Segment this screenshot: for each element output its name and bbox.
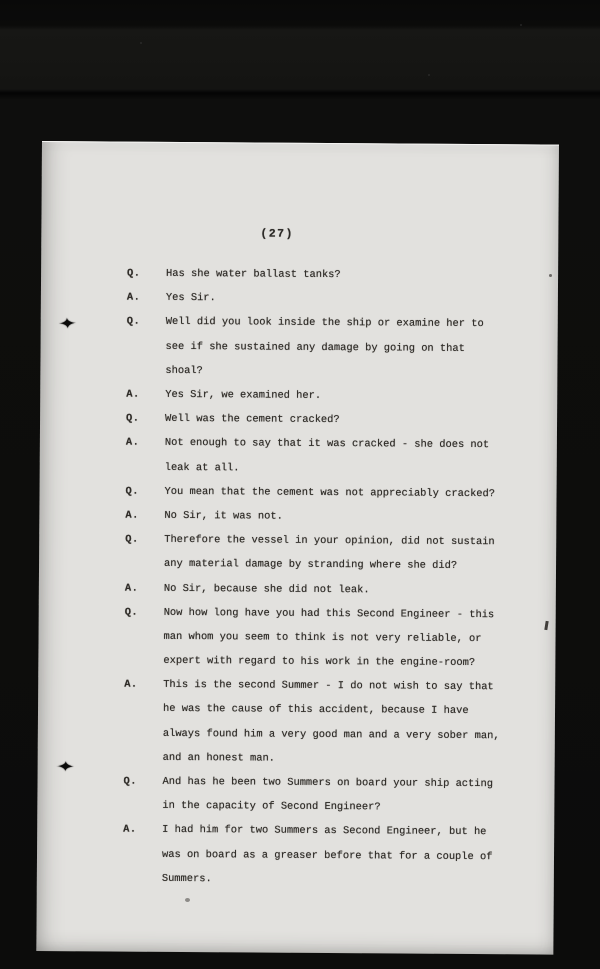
qa-line: see if she sustained any damage by going… xyxy=(165,334,536,361)
qa-text: Therefore the vessel in your opinion, di… xyxy=(164,528,535,579)
qa-text: Well was the cement cracked? xyxy=(165,407,536,434)
film-dust-speck xyxy=(428,74,430,76)
qa-entry: Q.Has she water ballast tanks? xyxy=(127,262,537,289)
qa-marker: Q. xyxy=(127,310,166,334)
qa-line: Well was the cement cracked? xyxy=(165,407,536,434)
paper-speck xyxy=(185,898,190,902)
qa-entry: Q.Now how long have you had this Second … xyxy=(124,600,534,675)
qa-line: Summers. xyxy=(162,867,533,894)
qa-marker: Q. xyxy=(123,770,162,794)
film-dust-speck xyxy=(140,42,142,44)
qa-entry: A.No Sir, it was not. xyxy=(125,504,535,531)
registration-star-mark-bottom: ✦ xyxy=(55,759,77,775)
qa-marker: Q. xyxy=(125,528,164,552)
qa-text: You mean that the cement was not appreci… xyxy=(164,480,535,507)
page-number: (27) xyxy=(260,228,294,241)
qa-entry: A.This is the second Summer - I do not w… xyxy=(124,673,535,773)
qa-line: Yes Sir. xyxy=(166,286,537,313)
qa-line: Not enough to say that it was cracked - … xyxy=(165,431,536,458)
qa-entry: Q.Well was the cement cracked? xyxy=(126,407,536,434)
qa-marker: A. xyxy=(123,818,162,842)
qa-line: always found him a very good man and a v… xyxy=(163,722,534,749)
qa-marker: A. xyxy=(124,673,163,697)
qa-text: Yes Sir. xyxy=(166,286,537,313)
qa-line: I had him for two Summers as Second Engi… xyxy=(162,818,533,845)
qa-line: And has he been two Summers on board you… xyxy=(162,770,533,797)
microfilm-scan-background: (27) Q.Has she water ballast tanks?A.Yes… xyxy=(0,0,600,969)
qa-line: and an honest man. xyxy=(163,746,534,773)
qa-line: Has she water ballast tanks? xyxy=(166,262,537,289)
qa-line: No Sir, it was not. xyxy=(164,504,535,531)
qa-line: man whom you seem to think is not very r… xyxy=(163,625,534,652)
qa-marker: Q. xyxy=(125,479,164,503)
qa-line: This is the second Summer - I do not wis… xyxy=(163,673,534,700)
film-dust-speck xyxy=(520,24,522,26)
registration-star-mark-top: ✦ xyxy=(57,316,78,333)
qa-line: Yes Sir, we examined her. xyxy=(165,383,536,410)
qa-line: was on board as a greaser before that fo… xyxy=(162,842,533,869)
qa-line: he was the cause of this accident, becau… xyxy=(163,697,534,724)
qa-line: in the capacity of Second Engineer? xyxy=(162,794,533,821)
qa-line: leak at all. xyxy=(165,455,536,482)
qa-entry: Q.Therefore the vessel in your opinion, … xyxy=(125,528,535,579)
qa-entry: A.Yes Sir, we examined her. xyxy=(126,383,536,410)
qa-text: Now how long have you had this Second En… xyxy=(163,601,534,676)
qa-line: You mean that the cement was not appreci… xyxy=(164,480,535,507)
qa-marker: A. xyxy=(127,286,166,310)
qa-line: any material damage by stranding where s… xyxy=(164,552,535,579)
qa-text: No Sir, it was not. xyxy=(164,504,535,531)
qa-line: No Sir, because she did not leak. xyxy=(164,576,535,603)
qa-entry: Q.Well did you look inside the ship or e… xyxy=(126,310,536,385)
qa-text: Not enough to say that it was cracked - … xyxy=(165,431,536,482)
qa-text: No Sir, because she did not leak. xyxy=(164,576,535,603)
qa-marker: Q. xyxy=(127,262,166,286)
qa-marker: A. xyxy=(126,431,165,455)
qa-entry: Q.And has he been two Summers on board y… xyxy=(123,770,533,821)
qa-line: Well did you look inside the ship or exa… xyxy=(166,310,537,337)
qa-text: I had him for two Summers as Second Engi… xyxy=(162,818,533,893)
qa-entry: Q.You mean that the cement was not appre… xyxy=(125,479,535,506)
paper-speck xyxy=(549,274,552,277)
qa-line: shoal? xyxy=(165,359,536,386)
qa-marker: A. xyxy=(126,383,165,407)
qa-marker: Q. xyxy=(125,600,164,624)
qa-marker: Q. xyxy=(126,407,165,431)
qa-line: expert with regard to his work in the en… xyxy=(163,649,534,676)
qa-text: And has he been two Summers on board you… xyxy=(162,770,533,821)
transcript: Q.Has she water ballast tanks?A.Yes Sir.… xyxy=(123,262,537,894)
qa-entry: A.Not enough to say that it was cracked … xyxy=(126,431,536,482)
qa-line: Now how long have you had this Second En… xyxy=(164,601,535,628)
qa-entry: A.I had him for two Summers as Second En… xyxy=(123,818,533,893)
qa-text: Well did you look inside the ship or exa… xyxy=(165,310,536,385)
qa-marker: A. xyxy=(125,504,164,528)
qa-text: Has she water ballast tanks? xyxy=(166,262,537,289)
qa-text: Yes Sir, we examined her. xyxy=(165,383,536,410)
qa-text: This is the second Summer - I do not wis… xyxy=(163,673,535,772)
qa-marker: A. xyxy=(125,576,164,600)
document-page: (27) Q.Has she water ballast tanks?A.Yes… xyxy=(36,141,559,955)
qa-entry: A.Yes Sir. xyxy=(127,286,537,313)
qa-line: Therefore the vessel in your opinion, di… xyxy=(164,528,535,555)
qa-entry: A.No Sir, because she did not leak. xyxy=(125,576,535,603)
